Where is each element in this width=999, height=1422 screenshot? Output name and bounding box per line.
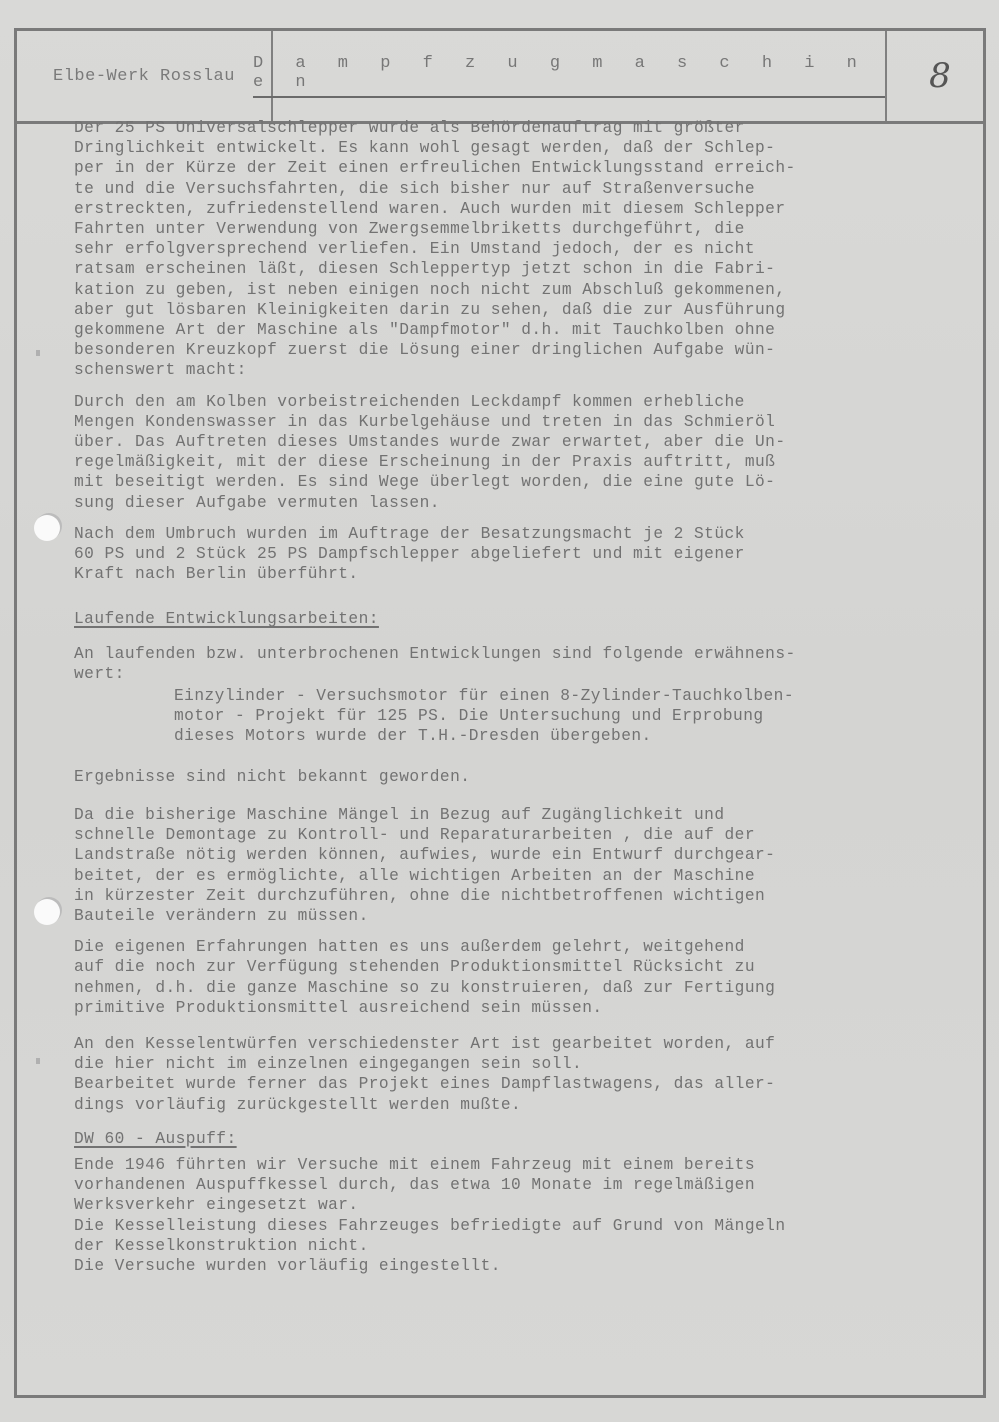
- paragraph: Ergebnisse sind nicht bekannt geworden.: [74, 767, 964, 787]
- document-body: Der 25 PS Universalschlepper wurde als B…: [74, 118, 964, 1287]
- page-number: 8: [929, 56, 951, 96]
- header-title-cell: D a m p f z u g m a s c h i n e n: [273, 31, 887, 121]
- paragraph: Der 25 PS Universalschlepper wurde als B…: [74, 118, 964, 381]
- section-heading: Laufende Entwicklungsarbeiten:: [74, 609, 379, 629]
- document-title: D a m p f z u g m a s c h i n e n: [253, 54, 885, 98]
- paragraph: An den Kesselentwürfen verschiedenster A…: [74, 1034, 964, 1115]
- header-page-cell: 8: [887, 31, 983, 121]
- header-table: Elbe-Werk Rosslau D a m p f z u g m a s …: [17, 31, 983, 124]
- paragraph: Ende 1946 führten wir Versuche mit einem…: [74, 1155, 964, 1276]
- paragraph: Da die bisherige Maschine Mängel in Bezu…: [74, 805, 964, 926]
- paragraph: Nach dem Umbruch wurden im Auftrage der …: [74, 524, 964, 585]
- document-page: Elbe-Werk Rosslau D a m p f z u g m a s …: [0, 0, 999, 1422]
- paragraph: Durch den am Kolben vorbeistreichenden L…: [74, 392, 964, 513]
- paragraph: An laufenden bzw. unterbrochenen Entwick…: [74, 644, 964, 684]
- indented-item: Einzylinder - Versuchsmotor für einen 8-…: [74, 686, 964, 747]
- section-heading: DW 60 - Auspuff:: [74, 1129, 237, 1149]
- header-company-cell: Elbe-Werk Rosslau: [17, 31, 273, 121]
- company-name: Elbe-Werk Rosslau: [53, 67, 235, 86]
- paragraph: Die eigenen Erfahrungen hatten es uns au…: [74, 937, 964, 1018]
